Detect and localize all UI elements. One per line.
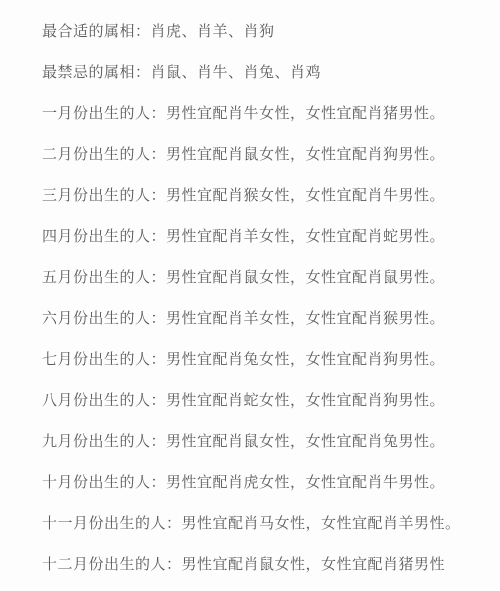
month-line-december: 十二月份出生的人：男性宜配肖鼠女性，女性宜配肖猪男性	[42, 544, 480, 585]
zodiac-compatibility-document: 最合适的属相：肖虎、肖羊、肖狗 最禁忌的属相：肖鼠、肖牛、肖兔、肖鸡 一月份出生…	[0, 0, 500, 591]
taboo-zodiac-line: 最禁忌的属相：肖鼠、肖牛、肖兔、肖鸡	[42, 52, 480, 93]
month-line-june: 六月份出生的人：男性宜配肖羊女性，女性宜配肖猴男性。	[42, 298, 480, 339]
month-line-may: 五月份出生的人：男性宜配肖鼠女性，女性宜配肖鼠男性。	[42, 257, 480, 298]
month-line-july: 七月份出生的人：男性宜配肖兔女性，女性宜配肖狗男性。	[42, 339, 480, 380]
month-line-february: 二月份出生的人：男性宜配肖鼠女性，女性宜配肖狗男性。	[42, 134, 480, 175]
month-line-april: 四月份出生的人：男性宜配肖羊女性，女性宜配肖蛇男性。	[42, 216, 480, 257]
month-line-september: 九月份出生的人：男性宜配肖鼠女性，女性宜配肖兔男性。	[42, 421, 480, 462]
month-line-october: 十月份出生的人：男性宜配肖虎女性，女性宜配肖牛男性。	[42, 462, 480, 503]
month-line-november: 十一月份出生的人：男性宜配肖马女性，女性宜配肖羊男性。	[42, 503, 480, 544]
month-line-august: 八月份出生的人：男性宜配肖蛇女性，女性宜配肖狗男性。	[42, 380, 480, 421]
best-match-zodiac-line: 最合适的属相：肖虎、肖羊、肖狗	[42, 11, 480, 52]
month-line-january: 一月份出生的人：男性宜配肖牛女性，女性宜配肖猪男性。	[42, 93, 480, 134]
month-line-march: 三月份出生的人：男性宜配肖猴女性，女性宜配肖牛男性。	[42, 175, 480, 216]
